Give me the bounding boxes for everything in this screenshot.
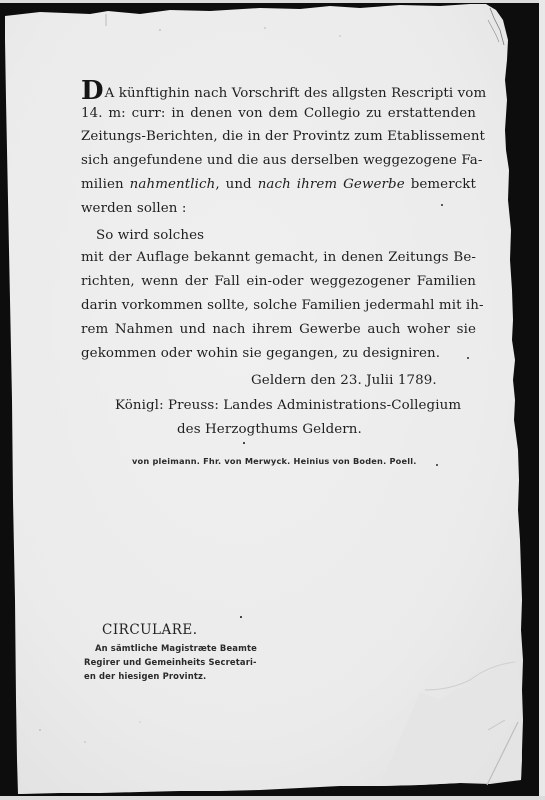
circulare-address-3: en der hiesigen Provintz.: [84, 671, 206, 681]
emphasis-text: nach ihrem Gewerbe: [258, 177, 405, 192]
body-text: bemerckt: [411, 177, 476, 192]
body-line-11: rem Nahmen und nach ihrem Gewerbe auch w…: [81, 322, 476, 338]
body-line-7: So wird solches: [96, 228, 491, 244]
ink-speck: [243, 442, 245, 444]
emphasis-text: nahmentlich: [130, 177, 216, 192]
ink-speck: [436, 464, 438, 466]
body-line-5: milien nahmentlich, und nach ihrem Gewer…: [81, 177, 476, 193]
drop-cap: D: [81, 76, 104, 106]
body-line-2: 14. m: curr: in denen von dem Collegio z…: [81, 106, 476, 122]
body-line-8: mit der Auflage bekannt gemacht, in dene…: [81, 250, 476, 266]
circulare-title: CIRCULARE.: [102, 622, 198, 638]
authority-line-2: des Herzogthums Geldern.: [177, 422, 362, 438]
ink-speck: [467, 357, 469, 359]
circulare-address-1: An sämtliche Magistræte Beamte: [95, 643, 257, 653]
circulare-address-2: Regirer und Gemeinheits Secretari-: [84, 657, 257, 667]
body-text: A künftighin nach Vorschrift des allgste…: [105, 86, 487, 101]
body-text: milien: [81, 177, 124, 192]
body-line-10: darin vorkommen sollte, solche Familien …: [81, 298, 476, 314]
document-text: DA künftighin nach Vorschrift des allgst…: [0, 0, 545, 800]
body-line-6: werden sollen :: [81, 201, 476, 217]
body-line-4: sich angefundene und die aus derselben w…: [81, 153, 476, 169]
authority-line-1: Königl: Preuss: Landes Administrations-C…: [115, 398, 461, 414]
ink-speck: [240, 616, 242, 618]
signers: von pleimann. Fhr. von Merwyck. Heinius …: [132, 456, 417, 466]
body-text: , und: [215, 177, 251, 192]
date-place: Geldern den 23. Julii 1789.: [251, 373, 437, 389]
body-line-9: richten, wenn der Fall ein-oder weggezog…: [81, 274, 476, 290]
body-line-12: gekommen oder wohin sie gegangen, zu des…: [81, 346, 476, 362]
body-line-3: Zeitungs-Berichten, die in der Provintz …: [81, 129, 476, 145]
ink-speck: [441, 204, 443, 206]
body-line-1: DA künftighin nach Vorschrift des allgst…: [81, 80, 476, 102]
